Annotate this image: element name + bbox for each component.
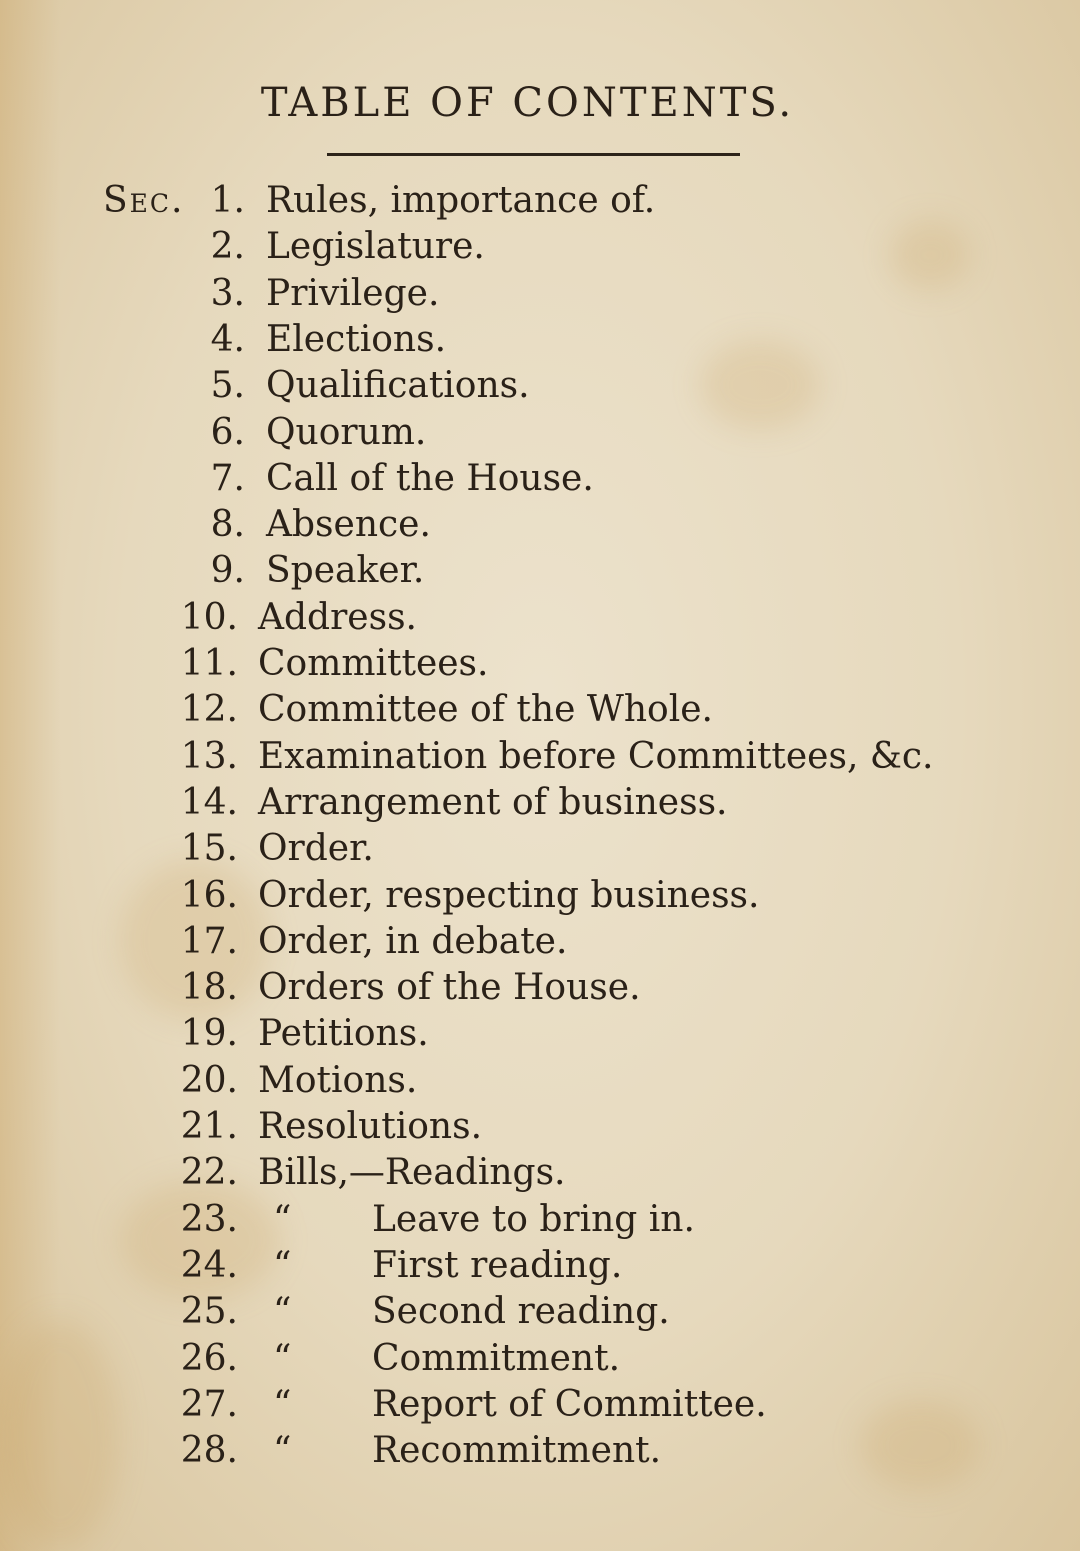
section-title: Committees.	[258, 641, 488, 687]
ditto-mark: “	[273, 1197, 291, 1243]
contents-entry: 10.Address.	[0, 595, 1080, 641]
contents-entry: 16.Order, respecting business.	[0, 873, 1080, 919]
contents-entry: 28.“Recommitment.	[0, 1428, 1080, 1474]
contents-entry: 18.Orders of the House.	[0, 965, 1080, 1011]
contents-entry: 27.“Report of Committee.	[0, 1382, 1080, 1428]
contents-entry: 2.Legislature.	[0, 224, 1080, 270]
page-title: TABLE OF CONTENTS.	[0, 80, 1055, 126]
section-title: First reading.	[372, 1243, 622, 1289]
ditto-mark: “	[273, 1382, 291, 1428]
section-number: 13.	[148, 734, 238, 780]
section-number: 5.	[155, 363, 245, 409]
ditto-mark: “	[273, 1336, 291, 1382]
section-number: 25.	[148, 1289, 238, 1335]
section-number: 1.	[155, 178, 245, 224]
section-title: Examination before Committees, &c.	[258, 734, 934, 780]
section-title: Qualifications.	[266, 363, 530, 409]
contents-entry: 19.Petitions.	[0, 1011, 1080, 1057]
contents-entry: 8.Absence.	[0, 502, 1080, 548]
section-title: Second reading.	[372, 1289, 670, 1335]
section-number: 20.	[148, 1058, 238, 1104]
section-title: Arrangement of business.	[258, 780, 728, 826]
section-number: 7.	[155, 456, 245, 502]
contents-entry: 17.Order, in debate.	[0, 919, 1080, 965]
contents-entry: 5.Qualifications.	[0, 363, 1080, 409]
section-title: Quorum.	[266, 410, 426, 456]
section-number: 14.	[148, 780, 238, 826]
section-title: Speaker.	[266, 548, 424, 594]
section-number: 22.	[148, 1150, 238, 1196]
section-number: 15.	[148, 826, 238, 872]
contents-entry: 4.Elections.	[0, 317, 1080, 363]
section-title: Elections.	[266, 317, 446, 363]
section-number: 10.	[148, 595, 238, 641]
contents-entry: 20.Motions.	[0, 1058, 1080, 1104]
section-number: 11.	[148, 641, 238, 687]
contents-entry: 23.“Leave to bring in.	[0, 1197, 1080, 1243]
section-number: 16.	[148, 873, 238, 919]
section-number: 28.	[148, 1428, 238, 1474]
contents-entry: 24.“First reading.	[0, 1243, 1080, 1289]
contents-entry: 15.Order.	[0, 826, 1080, 872]
contents-entry: 12.Committee of the Whole.	[0, 687, 1080, 733]
section-number: 23.	[148, 1197, 238, 1243]
section-title: Motions.	[258, 1058, 417, 1104]
section-title: Privilege.	[266, 271, 439, 317]
section-number: 9.	[155, 548, 245, 594]
section-title: Order.	[258, 826, 374, 872]
section-title: Recommitment.	[372, 1428, 661, 1474]
section-number: 27.	[148, 1382, 238, 1428]
contents-entry: 6.Quorum.	[0, 410, 1080, 456]
contents-entry: 11.Committees.	[0, 641, 1080, 687]
section-number: 21.	[148, 1104, 238, 1150]
section-number: 4.	[155, 317, 245, 363]
section-number: 18.	[148, 965, 238, 1011]
section-title: Petitions.	[258, 1011, 429, 1057]
section-title: Resolutions.	[258, 1104, 482, 1150]
contents-entry: 26.“Commitment.	[0, 1336, 1080, 1382]
section-title: Orders of the House.	[258, 965, 641, 1011]
section-title: Leave to bring in.	[372, 1197, 695, 1243]
section-number: 24.	[148, 1243, 238, 1289]
ditto-mark: “	[273, 1243, 291, 1289]
section-title: Report of Committee.	[372, 1382, 767, 1428]
section-title: Legislature.	[266, 224, 485, 270]
title-divider	[327, 153, 740, 156]
section-title: Commitment.	[372, 1336, 620, 1382]
section-title: Rules, importance of.	[266, 178, 655, 224]
section-number: 19.	[148, 1011, 238, 1057]
ditto-mark: “	[273, 1428, 291, 1474]
section-title: Absence.	[266, 502, 431, 548]
section-number: 3.	[155, 271, 245, 317]
section-title: Address.	[258, 595, 417, 641]
section-title: Order, in debate.	[258, 919, 567, 965]
section-number: 6.	[155, 410, 245, 456]
contents-entry: 25.“Second reading.	[0, 1289, 1080, 1335]
section-number: 12.	[148, 687, 238, 733]
section-number: 2.	[155, 224, 245, 270]
section-title: Committee of the Whole.	[258, 687, 713, 733]
contents-entry: 3.Privilege.	[0, 271, 1080, 317]
contents-entry: 9.Speaker.	[0, 548, 1080, 594]
section-title: Order, respecting business.	[258, 873, 759, 919]
section-title: Call of the House.	[266, 456, 594, 502]
contents-entry: 7.Call of the House.	[0, 456, 1080, 502]
contents-entry: 22.Bills,—Readings.	[0, 1150, 1080, 1196]
contents-entry: 21.Resolutions.	[0, 1104, 1080, 1150]
section-number: 26.	[148, 1336, 238, 1382]
ditto-mark: “	[273, 1289, 291, 1335]
contents-entry: Sec.1.Rules, importance of.	[0, 178, 1080, 224]
section-number: 17.	[148, 919, 238, 965]
contents-entry: 14.Arrangement of business.	[0, 780, 1080, 826]
contents-entry: 13.Examination before Committees, &c.	[0, 734, 1080, 780]
section-title: Bills,—Readings.	[258, 1150, 566, 1196]
section-number: 8.	[155, 502, 245, 548]
